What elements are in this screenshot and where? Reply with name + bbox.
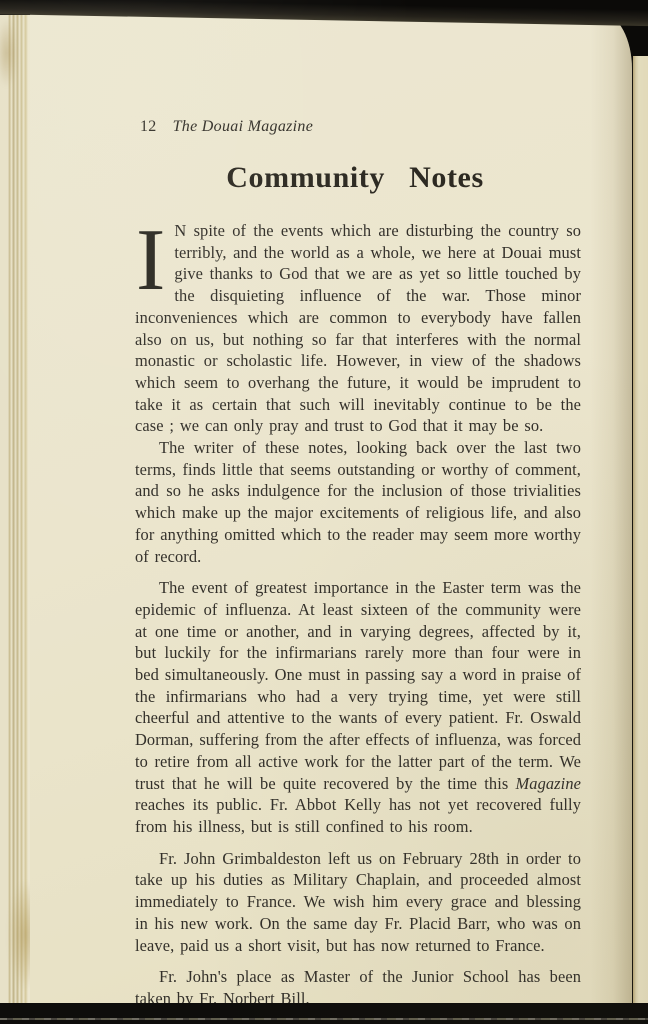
next-page-edge bbox=[633, 56, 648, 1004]
paragraph-2: The writer of these notes, looking back … bbox=[135, 437, 581, 567]
book-cover-bottom-edge bbox=[0, 1003, 648, 1024]
paper-stain bbox=[0, 18, 18, 88]
paragraph-1-text: N spite of the events which are disturbi… bbox=[135, 221, 581, 435]
paragraph-3: The event of greatest importance in the … bbox=[135, 577, 581, 837]
article-title: Community Notes bbox=[125, 161, 585, 195]
book-board-texture-line bbox=[0, 1018, 648, 1020]
magazine-title: The Douai Magazine bbox=[173, 118, 314, 135]
paragraph-3-text-after: reaches its public. Fr. Abbot Kelly has … bbox=[135, 795, 581, 836]
stacked-page-edges bbox=[0, 15, 32, 1007]
paragraph-3-text-before: The event of greatest importance in the … bbox=[135, 578, 581, 792]
paragraph-4: Fr. John Grimbaldeston left us on Februa… bbox=[135, 848, 581, 957]
drop-cap: I bbox=[135, 220, 174, 297]
article-body: IN spite of the events which are disturb… bbox=[135, 220, 581, 1010]
magazine-word-italic: Magazine bbox=[516, 774, 581, 793]
running-head: 12The Douai Magazine bbox=[140, 118, 590, 136]
paragraph-1: IN spite of the events which are disturb… bbox=[135, 220, 581, 437]
book-page: 12The Douai Magazine Community Notes IN … bbox=[30, 14, 632, 1004]
page-number: 12 bbox=[140, 118, 157, 135]
